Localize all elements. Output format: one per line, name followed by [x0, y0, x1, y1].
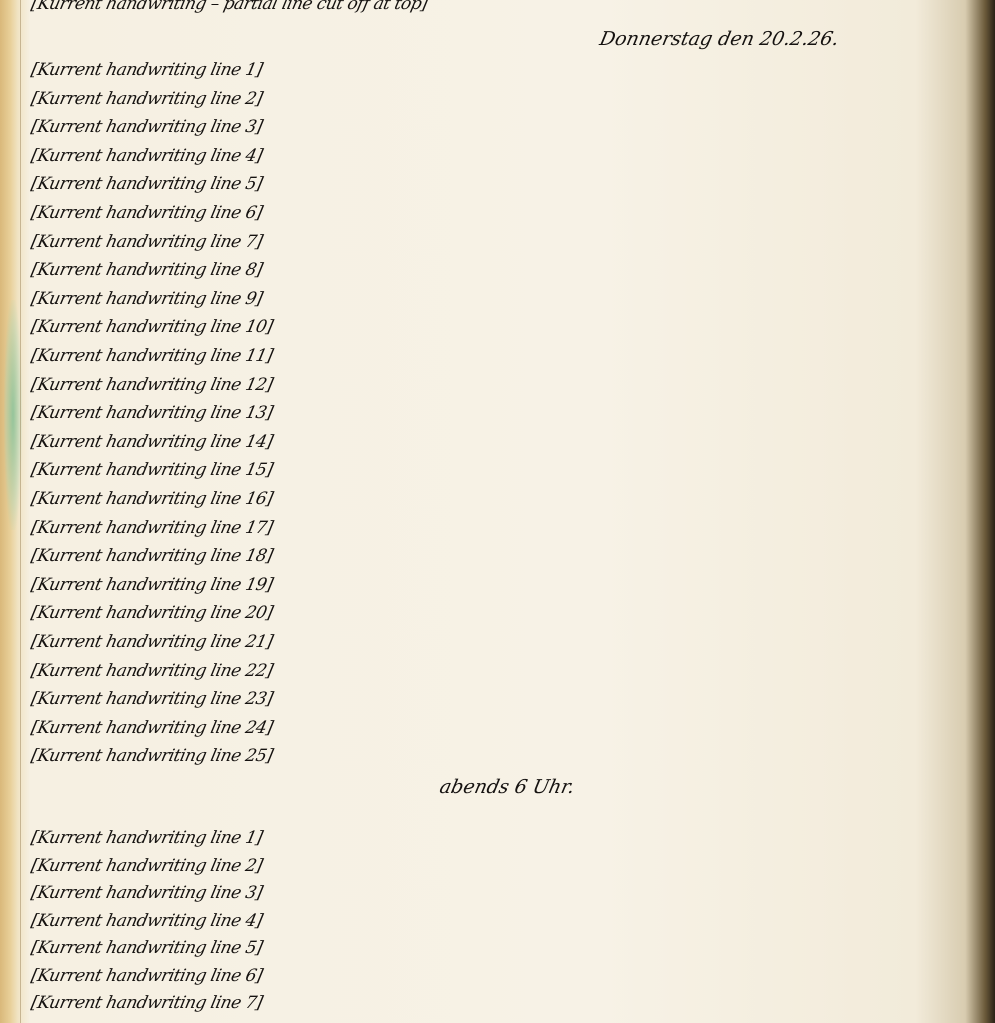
handwritten-line: [Kurrent handwriting line 2]	[28, 89, 969, 115]
handwritten-line: [Kurrent handwriting line 4]	[28, 911, 969, 937]
handwritten-line: [Kurrent handwriting line 4]	[28, 146, 969, 172]
handwritten-line: [Kurrent handwriting line 15]	[28, 460, 969, 486]
entry-heading-time: abends 6 Uhr.	[438, 776, 577, 798]
handwritten-line: [Kurrent handwriting line 12]	[28, 375, 969, 401]
handwritten-line: [Kurrent handwriting line 18]	[28, 546, 969, 572]
handwritten-line: [Kurrent handwriting line 8]	[28, 260, 969, 286]
top-partial-line: [Kurrent handwriting – partial line cut …	[28, 0, 969, 20]
handwritten-line: [Kurrent handwriting line 3]	[28, 883, 969, 909]
handwritten-line: [Kurrent handwriting line 22]	[28, 661, 969, 687]
handwritten-line: [Kurrent handwriting line 3]	[28, 117, 969, 143]
handwritten-line: [Kurrent handwriting line 7]	[28, 993, 969, 1019]
handwritten-line: [Kurrent handwriting line 6]	[28, 966, 969, 992]
handwritten-line: [Kurrent handwriting line 1]	[28, 828, 969, 854]
handwritten-line: [Kurrent handwriting line 7]	[28, 232, 969, 258]
handwritten-line: [Kurrent handwriting line 14]	[28, 432, 969, 458]
handwritten-line: [Kurrent handwriting line 1]	[28, 60, 969, 86]
entry-heading-date: Donnerstag den 20.2.26.	[598, 28, 841, 50]
handwritten-line: [Kurrent handwriting line 16]	[28, 489, 969, 515]
handwritten-line: [Kurrent handwriting line 21]	[28, 632, 969, 658]
handwritten-line: [Kurrent handwriting line 11]	[28, 346, 969, 372]
handwritten-line: [Kurrent handwriting line 20]	[28, 603, 969, 629]
handwritten-line: [Kurrent handwriting line 17]	[28, 518, 969, 544]
handwritten-line: [Kurrent handwriting line 19]	[28, 575, 969, 601]
handwritten-line: [Kurrent handwriting line 5]	[28, 938, 969, 964]
handwritten-line: [Kurrent handwriting line 23]	[28, 689, 969, 715]
handwritten-line: [Kurrent handwriting line 6]	[28, 203, 969, 229]
handwritten-line: [Kurrent handwriting line 5]	[28, 174, 969, 200]
spine-crease	[20, 0, 21, 1023]
diary-page: [Kurrent handwriting – partial line cut …	[0, 0, 995, 1023]
handwritten-line: [Kurrent handwriting line 25]	[28, 746, 969, 772]
handwritten-line: [Kurrent handwriting line 13]	[28, 403, 969, 429]
handwritten-line: [Kurrent handwriting line 24]	[28, 718, 969, 744]
handwritten-line: [Kurrent handwriting line 10]	[28, 317, 969, 343]
handwritten-line: [Kurrent handwriting line 2]	[28, 856, 969, 882]
handwritten-line: [Kurrent handwriting line 9]	[28, 289, 969, 315]
